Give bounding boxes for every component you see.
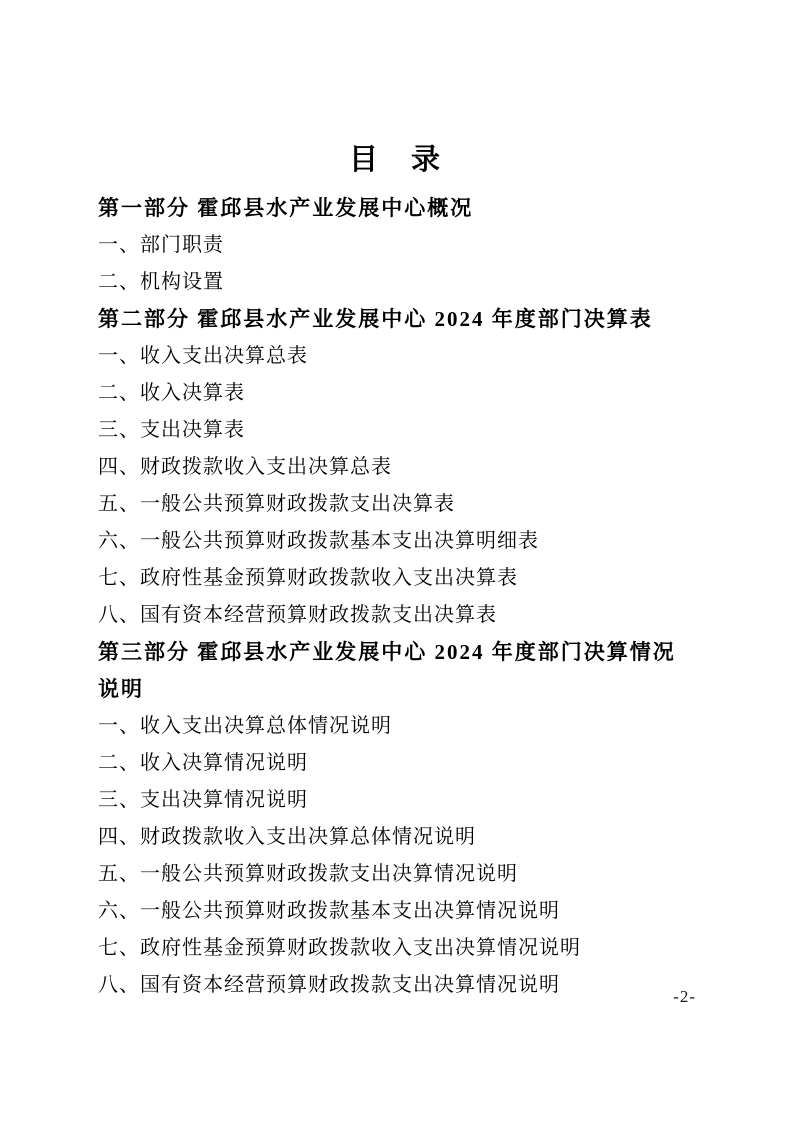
toc-item: 三、支出决算表: [98, 412, 693, 449]
toc-item: 六、一般公共预算财政拨款基本支出决算情况说明: [98, 893, 693, 930]
section-heading-part1: 第一部分 霍邱县水产业发展中心概况: [98, 190, 693, 227]
toc-item: 六、一般公共预算财政拨款基本支出决算明细表: [98, 523, 693, 560]
table-of-contents: 第一部分 霍邱县水产业发展中心概况 一、部门职责 二、机构设置 第二部分 霍邱县…: [98, 190, 693, 1004]
section-heading-part3: 第三部分 霍邱县水产业发展中心 2024 年度部门决算情况说明: [98, 634, 693, 708]
page-number: -2-: [673, 986, 696, 1008]
toc-item: 八、国有资本经营预算财政拨款支出决算情况说明: [98, 967, 693, 1004]
toc-item: 一、收入支出决算总体情况说明: [98, 708, 693, 745]
toc-item: 四、财政拨款收入支出决算总体情况说明: [98, 819, 693, 856]
toc-item: 一、部门职责: [98, 227, 693, 264]
toc-item: 一、收入支出决算总表: [98, 338, 693, 375]
document-page: 目 录 第一部分 霍邱县水产业发展中心概况 一、部门职责 二、机构设置 第二部分…: [0, 0, 793, 1122]
toc-item: 八、国有资本经营预算财政拨款支出决算表: [98, 597, 693, 634]
toc-item: 三、支出决算情况说明: [98, 782, 693, 819]
toc-item: 二、收入决算情况说明: [98, 745, 693, 782]
toc-item: 四、财政拨款收入支出决算总表: [98, 449, 693, 486]
page-title: 目 录: [98, 140, 693, 180]
toc-item: 五、一般公共预算财政拨款支出决算情况说明: [98, 856, 693, 893]
toc-item: 五、一般公共预算财政拨款支出决算表: [98, 486, 693, 523]
section-heading-part2: 第二部分 霍邱县水产业发展中心 2024 年度部门决算表: [98, 301, 693, 338]
toc-item: 二、收入决算表: [98, 375, 693, 412]
toc-item: 七、政府性基金预算财政拨款收入支出决算情况说明: [98, 930, 693, 967]
toc-item: 七、政府性基金预算财政拨款收入支出决算表: [98, 560, 693, 597]
toc-item: 二、机构设置: [98, 264, 693, 301]
